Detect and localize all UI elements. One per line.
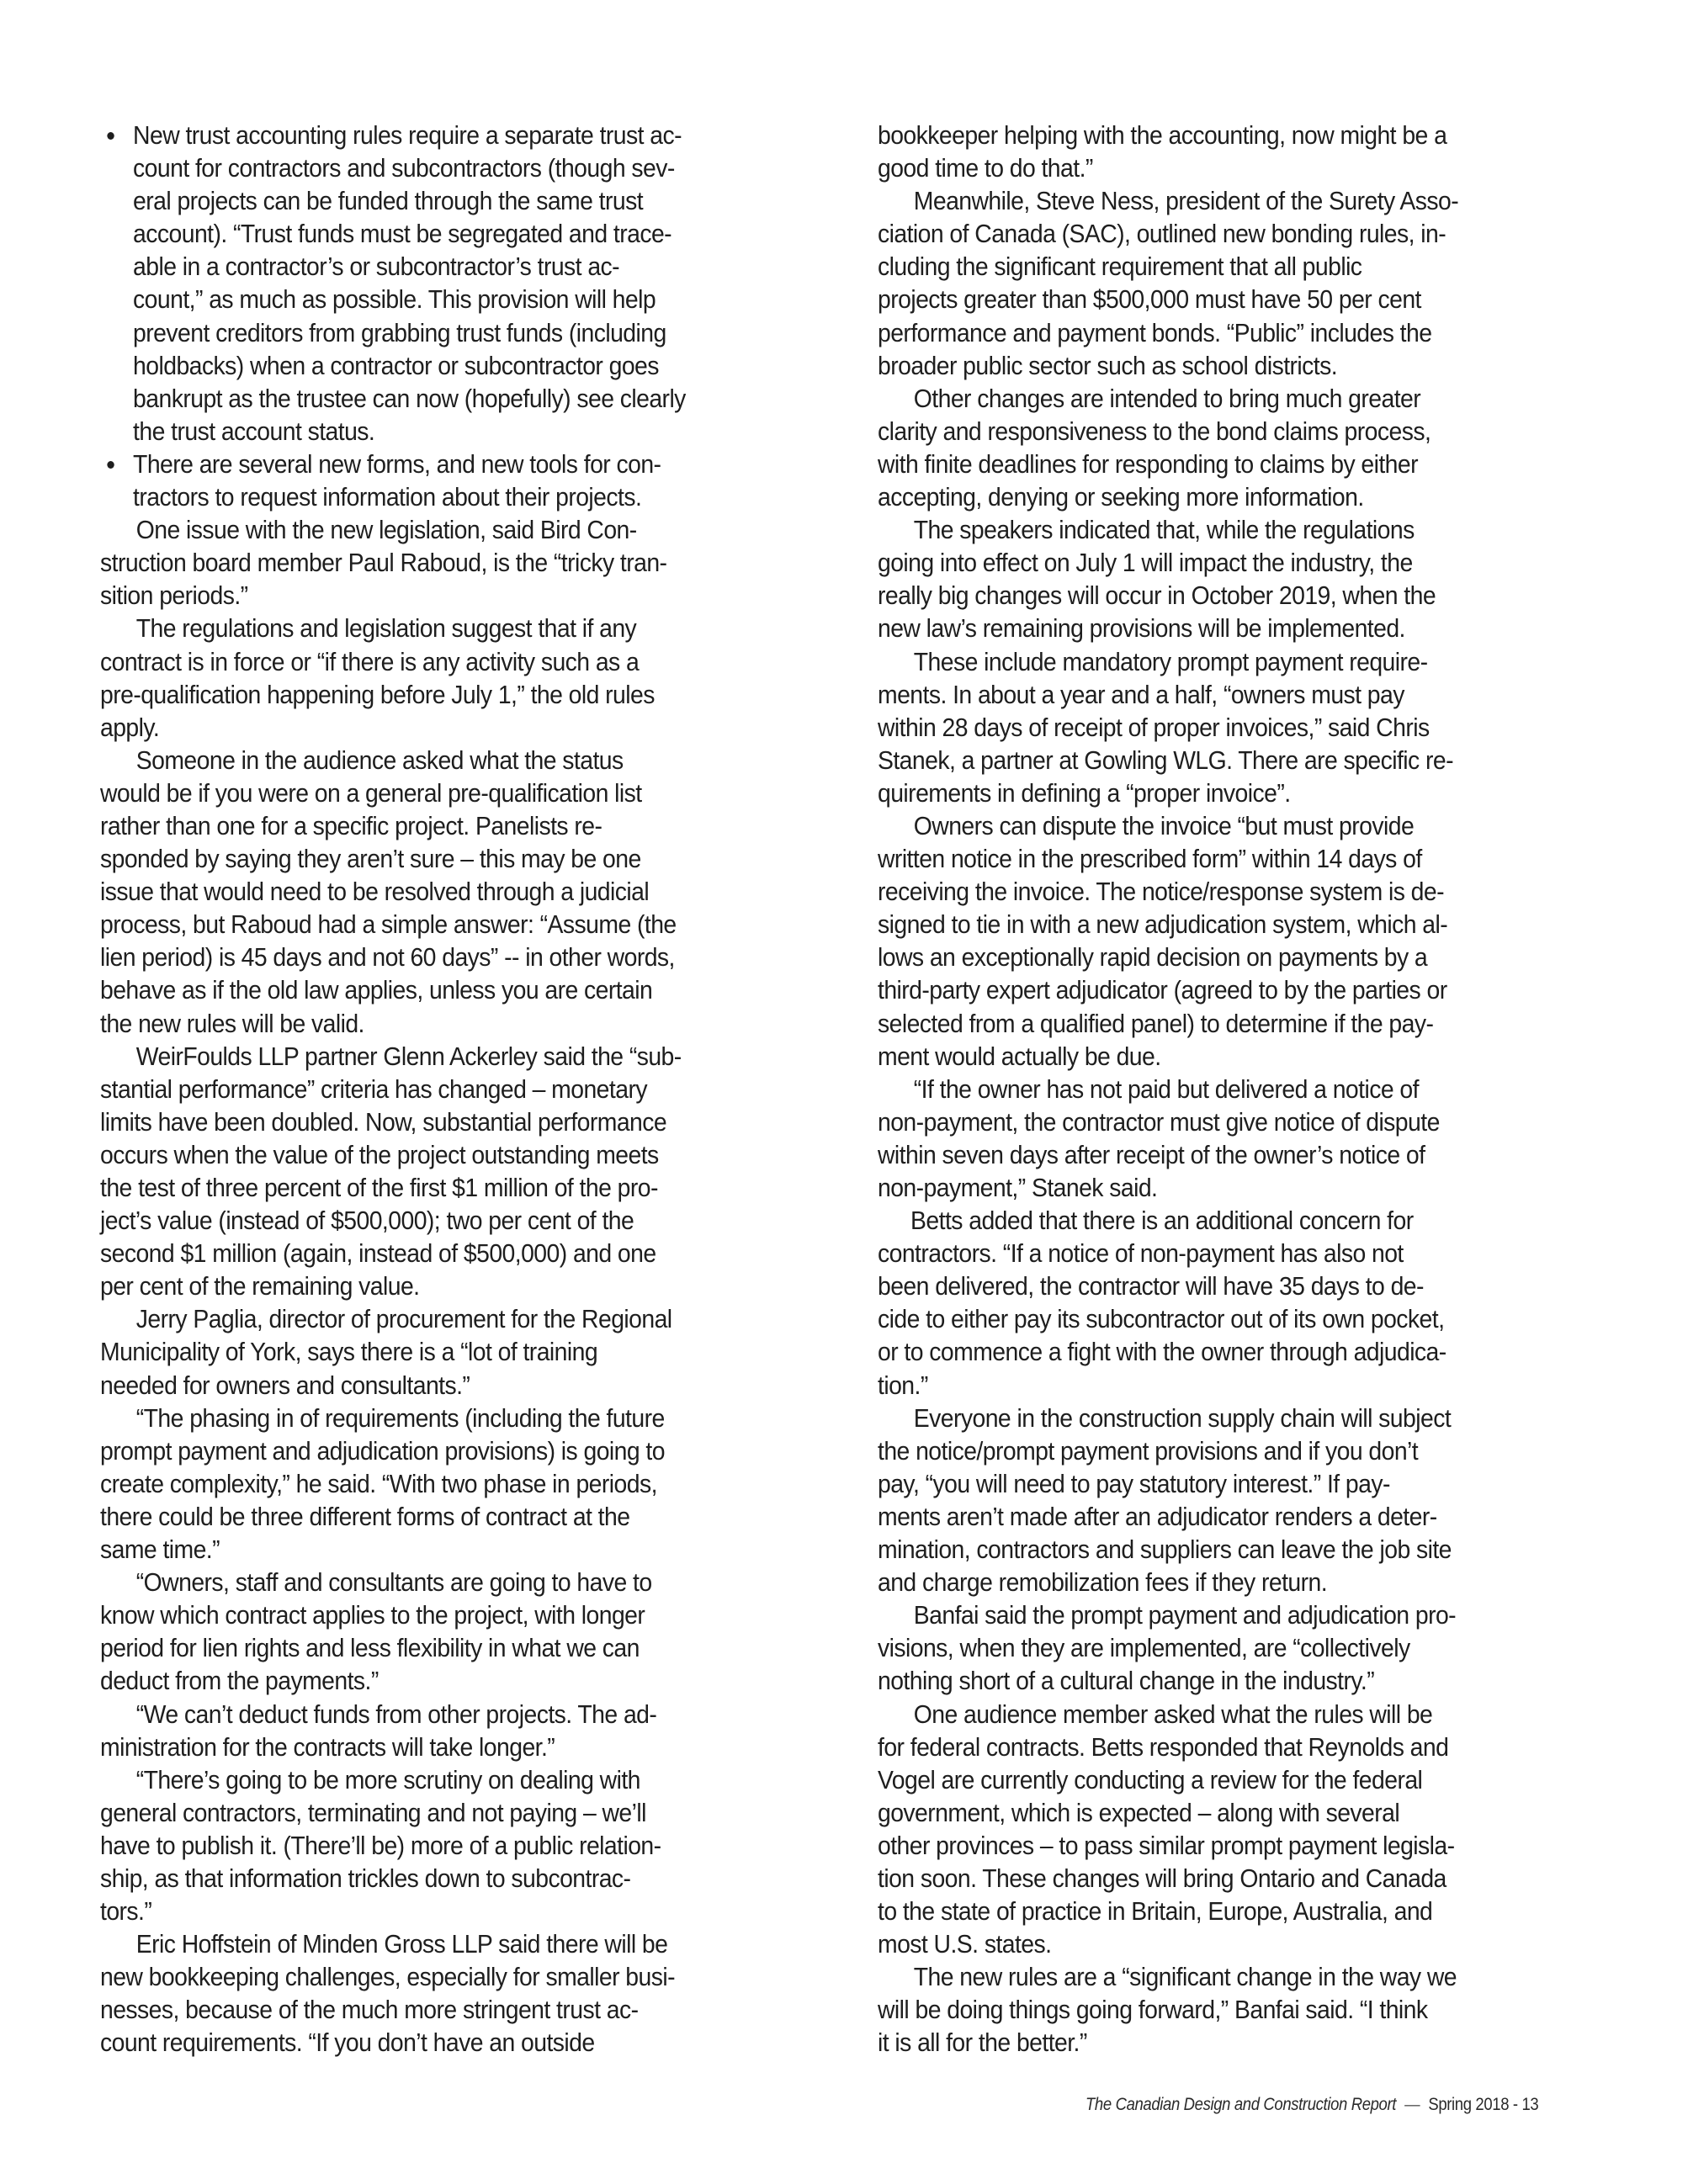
text-line: contractors. “If a notice of non-payment… [878,1238,1598,1270]
publication-title: The Canadian Design and Construction Rep… [1086,2095,1396,2114]
paragraph-start: Jerry Paglia, director of procurement fo… [100,1303,804,1336]
text-line: the trust account status. [100,416,804,448]
text-line: receiving the invoice. The notice/respon… [878,876,1598,909]
text-line: clarity and responsiveness to the bond c… [878,416,1598,448]
text-line: mination, contractors and suppliers can … [878,1534,1598,1566]
text-line: prompt payment and adjudication provisio… [100,1435,804,1468]
text-line: tors.” [100,1895,804,1928]
text-line: deduct from the payments.” [100,1665,804,1698]
text-line: New trust accounting rules require a sep… [133,121,682,150]
text-line: ciation of Canada (SAC), outlined new bo… [878,218,1598,251]
text-line: count for contractors and subcontractors… [100,152,804,185]
text-line: count,” as much as possible. This provis… [100,284,804,316]
paragraph-start: Other changes are intended to bring much… [878,383,1598,416]
paragraph-start: Eric Hoffstein of Minden Gross LLP said … [100,1928,804,1961]
text-line: per cent of the remaining value. [100,1270,804,1303]
text-line: occurs when the value of the project out… [100,1139,804,1172]
magazine-page: New trust accounting rules require a sep… [0,0,1688,2184]
text-line: ments. In about a year and a half, “owne… [878,679,1598,712]
paragraph-start: Someone in the audience asked what the s… [100,745,804,777]
text-line: within 28 days of receipt of proper invo… [878,712,1598,745]
text-line: general contractors, terminating and not… [100,1797,804,1830]
text-line: holdbacks) when a contractor or subcontr… [100,350,804,383]
text-line: it is all for the better.” [878,2027,1598,2059]
text-line: accepting, denying or seeking more infor… [878,481,1598,514]
text-line: limits have been doubled. Now, substanti… [100,1106,804,1139]
text-line: contract is in force or “if there is any… [100,646,804,679]
text-line: the notice/prompt payment provisions and… [878,1435,1598,1468]
text-line: for federal contracts. Betts responded t… [878,1731,1598,1764]
text-line: ments aren’t made after an adjudicator r… [878,1501,1598,1534]
paragraph-start: One issue with the new legislation, said… [100,514,804,547]
bullet-icon [107,132,114,140]
text-line: bankrupt as the trustee can now (hopeful… [100,383,804,416]
text-line: new bookkeeping challenges, especially f… [100,1961,804,1994]
text-line: the new rules will be valid. [100,1008,804,1041]
paragraph-start: Everyone in the construction supply chai… [878,1402,1598,1435]
text-line: visions, when they are implemented, are … [878,1632,1598,1665]
text-line: second $1 million (again, instead of $50… [100,1238,804,1270]
text-line: prevent creditors from grabbing trust fu… [100,317,804,350]
text-line: third-party expert adjudicator (agreed t… [878,974,1598,1007]
text-line: to the state of practice in Britain, Eur… [878,1895,1598,1928]
text-line: or to commence a fight with the owner th… [878,1336,1598,1369]
paragraph-start: Banfai said the prompt payment and adjud… [878,1599,1598,1632]
text-line: count requirements. “If you don’t have a… [100,2027,804,2059]
text-line: Municipality of York, says there is a “l… [100,1336,804,1369]
text-line: have to publish it. (There’ll be) more o… [100,1830,804,1863]
paragraph-start: Meanwhile, Steve Ness, president of the … [878,185,1598,218]
text-line: pre-qualification happening before July … [100,679,804,712]
text-line: There are several new forms, and new too… [133,450,661,479]
text-line: other provinces – to pass similar prompt… [878,1830,1598,1863]
text-line: apply. [100,712,804,745]
text-line: ministration for the contracts will take… [100,1731,804,1764]
footer-separator: — [1404,2095,1420,2114]
text-line: signed to tie in with a new adjudication… [878,909,1598,941]
bullet-item-new-forms: There are several new forms, and new too… [100,448,804,481]
text-line: stantial performance” criteria has chang… [100,1073,804,1106]
text-line: nesses, because of the much more stringe… [100,1994,804,2027]
text-line: been delivered, the contractor will have… [878,1270,1598,1303]
text-line: projects greater than $500,000 must have… [878,284,1598,316]
text-line: within seven days after receipt of the o… [878,1139,1598,1172]
right-text-column: bookkeeper helping with the accounting, … [878,119,1598,2060]
text-line: cluding the significant requirement that… [878,251,1598,284]
text-line: struction board member Paul Raboud, is t… [100,547,804,580]
text-line: tion soon. These changes will bring Onta… [878,1863,1598,1895]
text-line: there could be three different forms of … [100,1501,804,1534]
text-line: written notice in the prescribed form” w… [878,843,1598,876]
left-text-column: New trust accounting rules require a sep… [100,119,804,2060]
text-line: ment would actually be due. [878,1041,1598,1073]
text-line: going into effect on July 1 will impact … [878,547,1598,580]
text-line: pay, “you will need to pay statutory int… [878,1468,1598,1501]
text-line: with finite deadlines for responding to … [878,448,1598,481]
text-line: new law’s remaining provisions will be i… [878,612,1598,645]
text-line: rather than one for a specific project. … [100,810,804,843]
text-line: really big changes will occur in October… [878,580,1598,612]
text-line: bookkeeper helping with the accounting, … [878,119,1598,152]
paragraph-start: Owners can dispute the invoice “but must… [878,810,1598,843]
text-line: sponded by saying they aren’t sure – thi… [100,843,804,876]
issue-and-page-number: Spring 2018 - 13 [1428,2095,1538,2114]
paragraph-start: Betts added that there is an additional … [878,1205,1598,1238]
text-line: create complexity,” he said. “With two p… [100,1468,804,1501]
paragraph-start: One audience member asked what the rules… [878,1699,1598,1731]
text-line: eral projects can be funded through the … [100,185,804,218]
text-line: nothing short of a cultural change in th… [878,1665,1598,1698]
text-line: needed for owners and consultants.” [100,1370,804,1402]
text-line: issue that would need to be resolved thr… [100,876,804,909]
text-line: ship, as that information trickles down … [100,1863,804,1895]
text-line: lien period) is 45 days and not 60 days”… [100,941,804,974]
text-line: same time.” [100,1534,804,1566]
text-line: account). “Trust funds must be segregate… [100,218,804,251]
text-line: government, which is expected – along wi… [878,1797,1598,1830]
text-line: non-payment, the contractor must give no… [878,1106,1598,1139]
text-line: the test of three percent of the first $… [100,1172,804,1205]
bullet-icon [107,461,114,469]
bullet-item-trust-accounting: New trust accounting rules require a sep… [100,119,804,152]
text-line: behave as if the old law applies, unless… [100,974,804,1007]
paragraph-start: “Owners, staff and consultants are going… [100,1566,804,1599]
paragraph-start: “The phasing in of requirements (includi… [100,1402,804,1435]
text-line: selected from a qualified panel) to dete… [878,1008,1598,1041]
paragraph-start: The regulations and legislation suggest … [100,612,804,645]
page-footer: The Canadian Design and Construction Rep… [1086,2095,1538,2115]
text-line: process, but Raboud had a simple answer:… [100,909,804,941]
text-line: tion.” [878,1370,1598,1402]
text-line: broader public sector such as school dis… [878,350,1598,383]
text-line: would be if you were on a general pre-qu… [100,777,804,810]
text-line: lows an exceptionally rapid decision on … [878,941,1598,974]
text-line: good time to do that.” [878,152,1598,185]
paragraph-start: The new rules are a “significant change … [878,1961,1598,1994]
paragraph-start: “We can’t deduct funds from other projec… [100,1699,804,1731]
paragraph-start: The speakers indicated that, while the r… [878,514,1598,547]
paragraph-start: “If the owner has not paid but delivered… [878,1073,1598,1106]
text-line: tractors to request information about th… [100,481,804,514]
paragraph-start: These include mandatory prompt payment r… [878,646,1598,679]
paragraph-start: WeirFoulds LLP partner Glenn Ackerley sa… [100,1041,804,1073]
text-line: know which contract applies to the proje… [100,1599,804,1632]
text-line: able in a contractor’s or subcontractor’… [100,251,804,284]
text-line: Stanek, a partner at Gowling WLG. There … [878,745,1598,777]
text-line: sition periods.” [100,580,804,612]
paragraph-start: “There’s going to be more scrutiny on de… [100,1764,804,1797]
text-line: period for lien rights and less flexibil… [100,1632,804,1665]
text-line: and charge remobilization fees if they r… [878,1566,1598,1599]
text-line: will be doing things going forward,” Ban… [878,1994,1598,2027]
text-line: non-payment,” Stanek said. [878,1172,1598,1205]
text-line: quirements in defining a “proper invoice… [878,777,1598,810]
text-line: Vogel are currently conducting a review … [878,1764,1598,1797]
text-line: ject’s value (instead of $500,000); two … [100,1205,804,1238]
text-line: most U.S. states. [878,1928,1598,1961]
text-line: cide to either pay its subcontractor out… [878,1303,1598,1336]
text-line: performance and payment bonds. “Public” … [878,317,1598,350]
